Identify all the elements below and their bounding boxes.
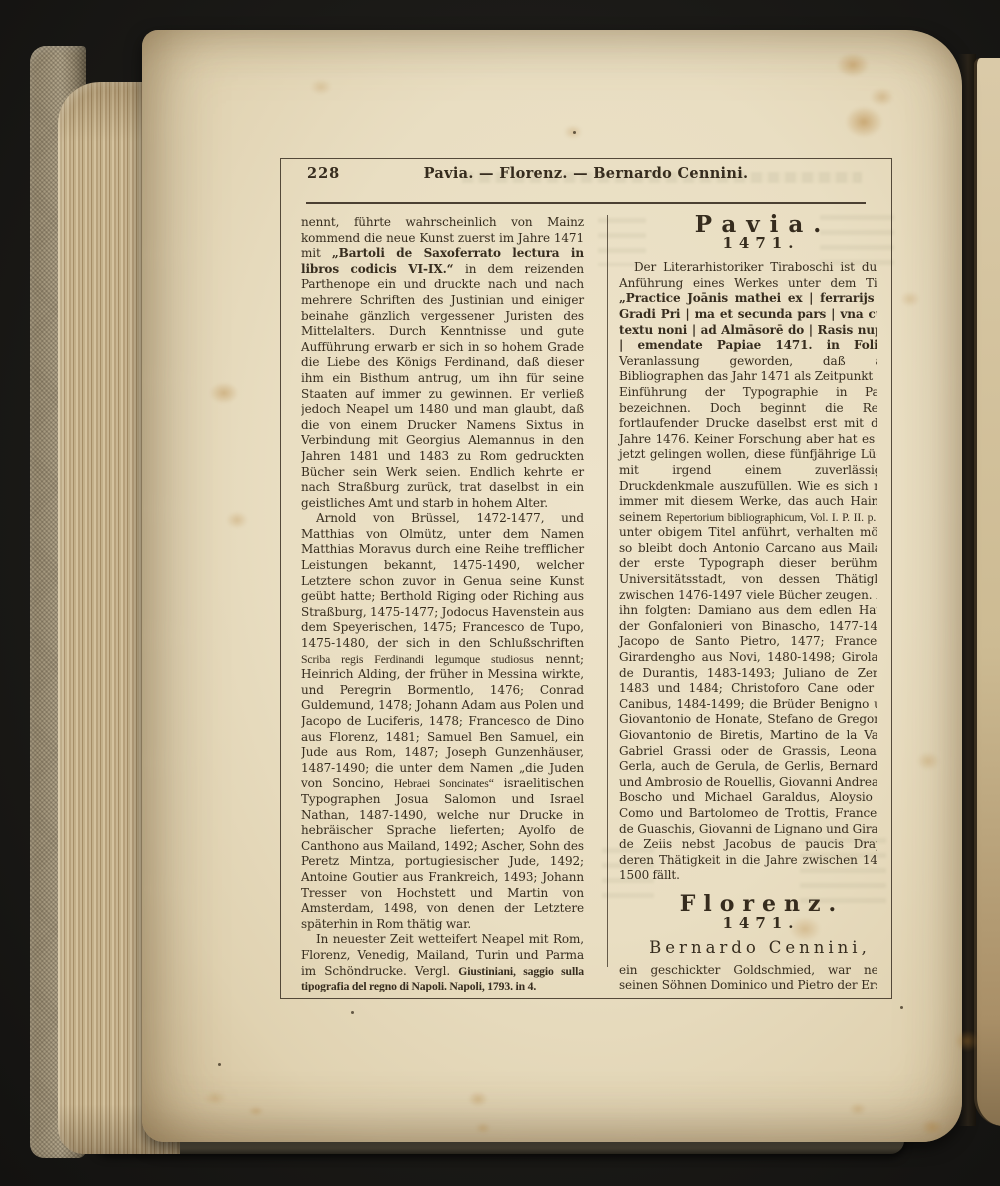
section-year-florenz: 1471. <box>619 916 877 932</box>
section-heading-pavia: Pavia. <box>619 217 877 233</box>
section-year-pavia: 1471. <box>619 236 877 252</box>
header-rule <box>306 202 866 204</box>
text-segment: ein geschickter Goldschmied, war nebst s… <box>619 963 877 992</box>
column-divider <box>607 215 608 967</box>
foxing-stain <box>306 76 336 98</box>
foxing-stain <box>204 378 244 408</box>
paragraph: In neuester Zeit wetteifert Neapel mit R… <box>301 932 584 992</box>
speck <box>573 131 576 134</box>
foxing-stain <box>846 1100 870 1118</box>
scanned-book-photo: 228 Pavia. — Florenz. — Bernardo Cennini… <box>0 0 1000 1186</box>
paragraph: Der Literarhistoriker Tiraboschi ist dur… <box>619 260 877 884</box>
book-page: 228 Pavia. — Florenz. — Bernardo Cennini… <box>142 30 962 1142</box>
speck <box>900 1006 903 1009</box>
running-header: Pavia. — Florenz. — Bernardo Cennini. <box>281 165 891 182</box>
text-segment: Der Literarhistoriker Tiraboschi ist dur… <box>619 260 877 290</box>
next-page-edge <box>974 58 1000 1126</box>
foxing-stain <box>950 1026 984 1056</box>
section-heading-florenz: Florenz. <box>619 897 877 913</box>
paragraph: ein geschickter Goldschmied, war nebst s… <box>619 963 877 992</box>
pavia-text: Der Literarhistoriker Tiraboschi ist dur… <box>619 260 877 884</box>
speck <box>351 1011 354 1014</box>
florenz-text: ein geschickter Goldschmied, war nebst s… <box>619 963 877 992</box>
foxing-stain <box>917 1116 947 1138</box>
text-segment: , Veranlassung geworden, daß alle Biblio… <box>619 338 877 524</box>
foxing-stain <box>245 1104 267 1118</box>
text-segment: Repertorium bibliographicum, Vol. I. P. … <box>666 511 877 524</box>
left-column: nennt, führte wahrscheinlich von Mainz k… <box>301 215 584 992</box>
paragraph: Arnold von Brüssel, 1472-1477, und Matth… <box>301 511 584 932</box>
foxing-stain <box>200 1088 230 1108</box>
paragraph: nennt, führte wahrscheinlich von Mainz k… <box>301 215 584 511</box>
foxing-stain <box>912 748 944 774</box>
foxing-stain <box>464 1088 492 1110</box>
foxing-stain <box>896 288 924 310</box>
text-segment: Scriba regis Ferdinandi legumque studios… <box>301 653 534 666</box>
text-columns: nennt, führte wahrscheinlich von Mainz k… <box>301 213 877 992</box>
text-segment: Hebraei Soncinates“ <box>394 777 494 790</box>
foxing-stain <box>222 508 252 532</box>
printed-border-frame: 228 Pavia. — Florenz. — Bernardo Cennini… <box>280 158 892 999</box>
subheading-bernardo-cennini: Bernardo Cennini, <box>619 940 877 956</box>
text-segment: in dem reizenden Parthenope ein und druc… <box>301 262 584 510</box>
text-segment: „Practice Joānis mathei ex | ferrarijs d… <box>619 291 877 352</box>
foxing-stain <box>472 1120 494 1136</box>
text-segment: Arnold von Brüssel, 1472-1477, und Matth… <box>301 511 584 650</box>
right-column: Pavia. 1471. Der Literarhistoriker Tirab… <box>619 215 877 992</box>
text-segment: nennt; Heinrich Alding, der früher in Me… <box>301 652 584 791</box>
foxing-stain <box>830 48 876 82</box>
text-segment: unter obigem Titel anführt, verhalten mö… <box>619 525 877 882</box>
speck <box>218 1063 221 1066</box>
foxing-stain <box>866 84 898 110</box>
text-segment: israelitischen Typographen Josua Salomon… <box>301 776 584 930</box>
